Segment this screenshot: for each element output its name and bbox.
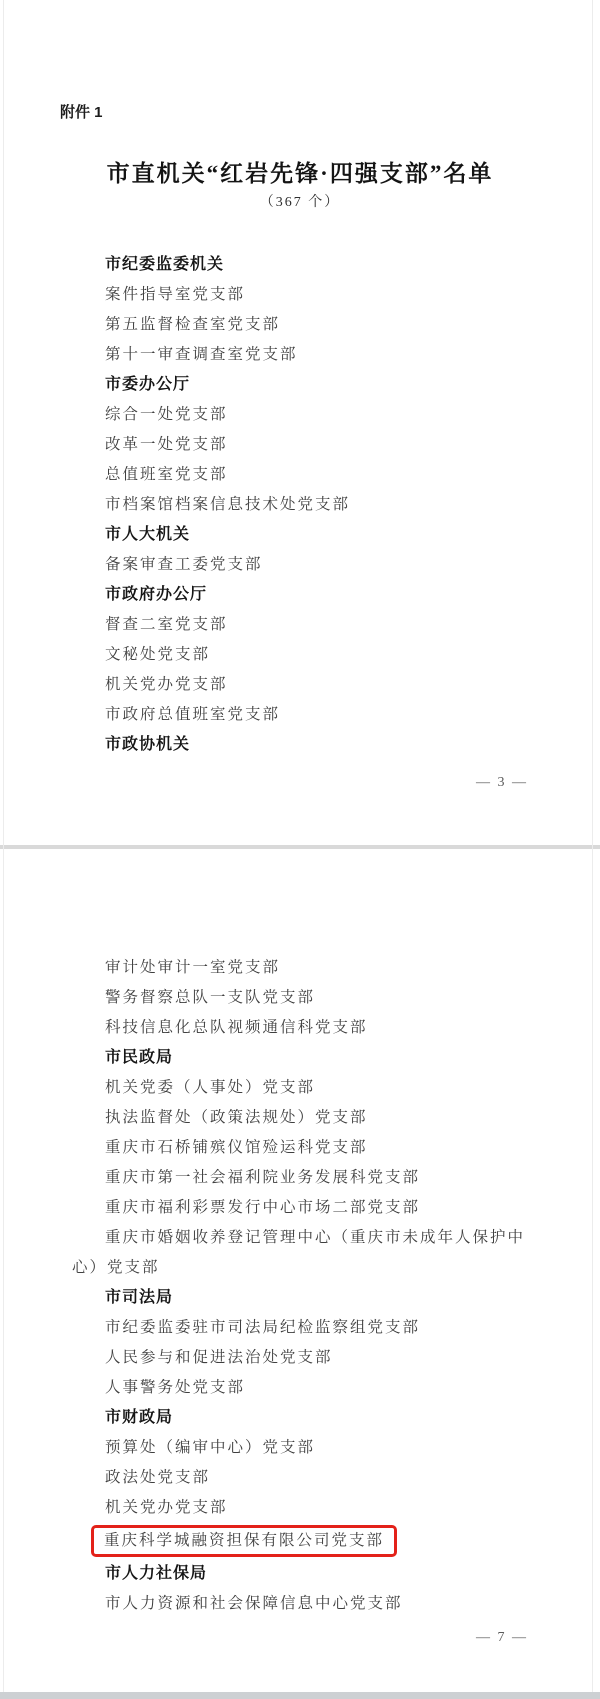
highlight-box: 重庆科学城融资担保有限公司党支部 [91,1525,397,1557]
list-item: 市档案馆档案信息技术处党支部 [72,490,528,520]
list-item: 政法处党支部 [72,1463,528,1493]
list-item: 综合一处党支部 [72,400,528,430]
section-heading: 市委办公厅 [72,370,528,400]
page-number: — 7 — [476,1623,528,1653]
section-heading: 市财政局 [72,1403,528,1433]
list-item: 执法监督处（政策法规处）党支部 [72,1103,528,1133]
list-item: 第十一审查调查室党支部 [72,340,528,370]
section-heading: 市民政局 [72,1043,528,1073]
page-2: 审计处审计一室党支部 警务督察总队一支队党支部 科技信息化总队视频通信科党支部 … [0,849,600,1699]
list-item: 重庆市福利彩票发行中心市场二部党支部 [72,1193,528,1223]
list-item: 市人力资源和社会保障信息中心党支部 [72,1589,528,1619]
list-item: 督查二室党支部 [72,610,528,640]
list-item: 机关党办党支部 [72,1493,528,1523]
list-item: 重庆市石桥铺殡仪馆殓运科党支部 [72,1133,528,1163]
section-heading: 市人力社保局 [72,1559,528,1589]
list-item: 审计处审计一室党支部 [72,953,528,983]
document-title: 市直机关“红岩先锋·四强支部”名单 [0,158,600,190]
page-edge-right [592,0,593,1699]
section-heading: 市人大机关 [72,520,528,550]
list-item: 预算处（编审中心）党支部 [72,1433,528,1463]
page-divider [0,845,600,849]
list-item: 案件指导室党支部 [72,280,528,310]
bottom-bar [0,1692,600,1699]
list-item: 总值班室党支部 [72,460,528,490]
list-item: 改革一处党支部 [72,430,528,460]
list-item: 备案审查工委党支部 [72,550,528,580]
list-item: 人事警务处党支部 [72,1373,528,1403]
list-item-text: 重庆科学城融资担保有限公司党支部 [104,1532,384,1549]
list-item-highlighted: 重庆科学城融资担保有限公司党支部 [72,1523,528,1559]
list-item: 人民参与和促进法治处党支部 [72,1343,528,1373]
document-subtitle: （367 个） [0,192,600,214]
list-item: 文秘处党支部 [72,640,528,670]
page-2-list: 审计处审计一室党支部 警务督察总队一支队党支部 科技信息化总队视频通信科党支部 … [72,849,528,1619]
list-item: 重庆市第一社会福利院业务发展科党支部 [72,1163,528,1193]
list-item: 科技信息化总队视频通信科党支部 [72,1013,528,1043]
list-item: 市纪委监委驻市司法局纪检监察组党支部 [72,1313,528,1343]
section-heading: 市政府办公厅 [72,580,528,610]
page-1-list: 市纪委监委机关 案件指导室党支部 第五监督检查室党支部 第十一审查调查室党支部 … [72,250,528,760]
list-item: 机关党委（人事处）党支部 [72,1073,528,1103]
list-item: 机关党办党支部 [72,670,528,700]
section-heading: 市司法局 [72,1283,528,1313]
list-item: 第五监督检查室党支部 [72,310,528,340]
list-item: 警务督察总队一支队党支部 [72,983,528,1013]
section-heading: 市政协机关 [72,730,528,760]
section-heading: 市纪委监委机关 [72,250,528,280]
page-edge-left [3,0,4,1699]
page-number: — 3 — [476,768,528,798]
page-1: 附件 1 市直机关“红岩先锋·四强支部”名单 （367 个） 市纪委监委机关 案… [0,0,600,845]
list-item: 重庆市婚姻收养登记管理中心（重庆市未成年人保护中心）党支部 [72,1223,544,1283]
list-item: 市政府总值班室党支部 [72,700,528,730]
attachment-label: 附件 1 [60,0,600,124]
